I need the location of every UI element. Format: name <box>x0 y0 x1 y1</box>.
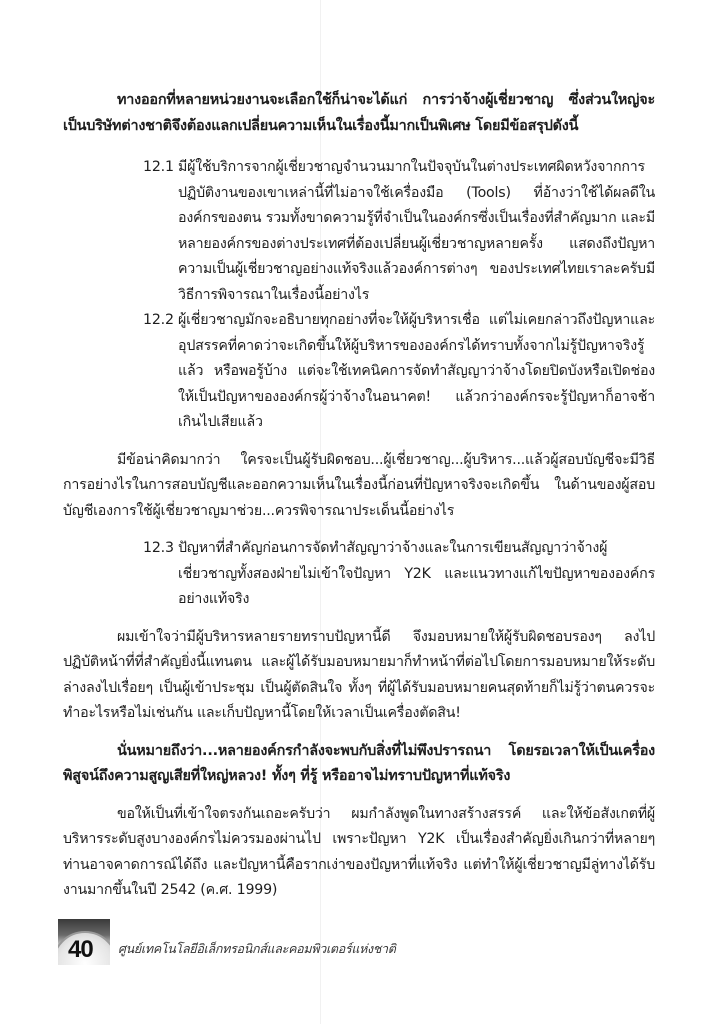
item-text: ปัญหาที่สำคัญก่อนการจัดทำสัญญาว่าจ้างและ… <box>178 540 655 607</box>
list-item-12-1: 12.1 มีผู้ใช้บริการจากผู้เชี่ยวชาญจำนวนม… <box>63 155 655 308</box>
item-text: ผู้เชี่ยวชาญมักจะอธิบายทุกอย่างที่จะให้ผ… <box>178 312 655 430</box>
page-number: 40 <box>68 936 93 964</box>
numbered-list-a: 12.1 มีผู้ใช้บริการจากผู้เชี่ยวชาญจำนวนม… <box>63 155 655 436</box>
clock-dial-icon: 40 <box>58 919 110 965</box>
question-paragraph: มีข้อน่าคิดมากว่า ใครจะเป็นผู้รับผิดชอบ.… <box>63 448 655 525</box>
emphasis-paragraph: นั่นหมายถึงว่า...หลายองค์กรกำลังจะพบกับส… <box>63 739 655 790</box>
numbered-list-b: 12.3 ปัญหาที่สำคัญก่อนการจัดทำสัญญาว่าจ้… <box>63 536 655 613</box>
item-text: มีผู้ใช้บริการจากผู้เชี่ยวชาญจำนวนมากในป… <box>178 159 655 303</box>
delegation-paragraph: ผมเข้าใจว่ามีผู้บริหารหลายรายทราบปัญหานี… <box>63 625 655 727</box>
list-item-12-2: 12.2 ผู้เชี่ยวชาญมักจะอธิบายทุกอย่างที่จ… <box>63 308 655 436</box>
item-number: 12.3 <box>143 536 174 562</box>
page-footer: 40 ศูนย์เทคโนโลยีอิเล็กทรอนิกส์และคอมพิว… <box>58 917 396 965</box>
organization-name: ศูนย์เทคโนโลยีอิเล็กทรอนิกส์และคอมพิวเตอ… <box>118 939 396 959</box>
document-page: ทางออกที่หลายหน่วยงานจะเลือกใช้ก็น่าจะได… <box>63 88 655 904</box>
list-item-12-3: 12.3 ปัญหาที่สำคัญก่อนการจัดทำสัญญาว่าจ้… <box>63 536 655 613</box>
item-number: 12.2 <box>143 308 174 334</box>
intro-paragraph: ทางออกที่หลายหน่วยงานจะเลือกใช้ก็น่าจะได… <box>63 88 655 139</box>
closing-paragraph: ขอให้เป็นที่เข้าใจตรงกันเถอะครับว่า ผมกำ… <box>63 802 655 904</box>
item-number: 12.1 <box>143 155 174 181</box>
